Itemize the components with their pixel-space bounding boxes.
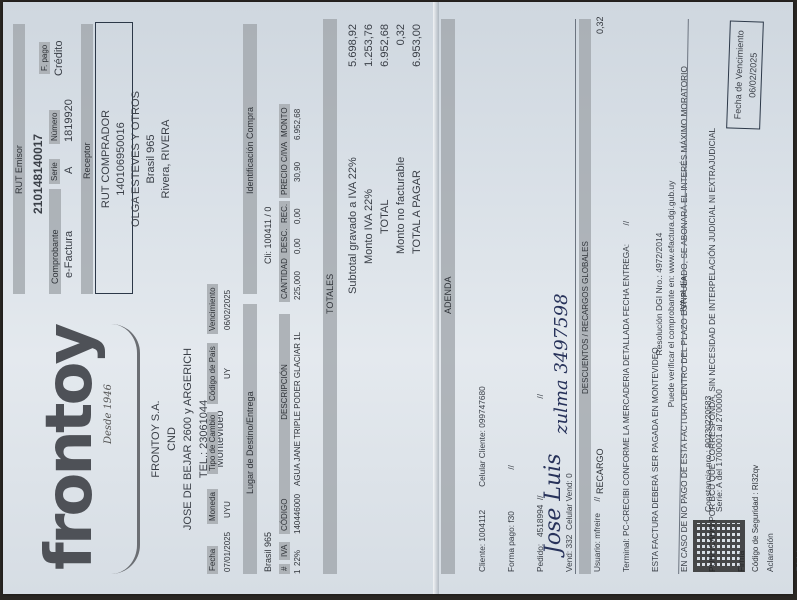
rut-emisor-label: RUT Emisor [14, 145, 24, 194]
global-discounts-title: DESCUENTOS / RECARGOS GLOBALES [581, 241, 590, 394]
info-table: Fecha Moneda Tipo de Cambio Código de Pa… [207, 284, 237, 574]
serie-value: A [63, 167, 75, 174]
totals-row-a-pagar: TOTAL A PAGAR6.953,00 [409, 24, 425, 294]
footer-security-code: Código de Seguridad : RI32qv [751, 465, 760, 572]
serie-label: Serie [49, 159, 60, 184]
adenda-line: Forma pago: f30 // [507, 12, 517, 572]
info-header-tipo-cambio: Tipo de Cambio [207, 412, 218, 474]
fpago-label: F. pago [39, 42, 50, 74]
item-rec: 0,00 [293, 208, 302, 224]
items-header-cantidad: CANTIDAD [279, 255, 290, 302]
adenda-line: Cliente: 1004112 Celular Cliente: 099747… [478, 12, 488, 572]
frontoy-logo: frontoy [33, 326, 107, 570]
adenda-title: ADENDA [443, 276, 453, 314]
numero-label: Número [49, 110, 60, 144]
receptor-title: Receptor [82, 142, 92, 179]
paper-fold [433, 2, 439, 594]
logo-swoosh-icon [111, 324, 140, 574]
handwritten-signature: Jose Luis [541, 454, 566, 554]
footer-verify-link[interactable]: Puede verificar el comprobante en: www.e… [665, 144, 677, 444]
totals-row-subtotal: Subtotal gravado a IVA 22%5.698,92 [345, 24, 361, 294]
fpago-value: Crédito [53, 41, 65, 76]
item-desc: 0,00 [293, 238, 302, 254]
item-descripcion: AGUA JANE TRIPLE PODER GLACIAR 1L [293, 332, 302, 486]
info-moneda: UYU [223, 501, 232, 518]
items-header-desc: DESC. [279, 226, 290, 256]
receptor-name: OLGA ESTEVES Y OTROS [129, 24, 144, 294]
receptor-rut-label: RUT COMPRADOR [99, 24, 114, 294]
item-iva: 22% [293, 550, 302, 566]
comprobante-label: Comprobante [50, 229, 60, 284]
handwritten-name: zulma 3497598 [551, 293, 572, 434]
global-discounts-type: RECARGO [595, 448, 605, 494]
footer-constancia-block: Constancia nro.: 90230220583 Serie: A de… [703, 389, 725, 572]
adenda-line: Terminal: PC-CRECIBI CONFORME LA MERCADE… [622, 12, 632, 572]
totals-row-iva: Monto IVA 22%1.253,76 [361, 24, 377, 294]
items-header-precio: PRECIO C/IVA [279, 139, 290, 198]
item-precio: 30,90 [293, 162, 302, 182]
info-fecha: 07/01/2025 [223, 532, 232, 572]
receptor-address: Brasil 965 [144, 24, 159, 294]
info-vencimiento: 06/02/2025 [223, 290, 232, 330]
item-codigo: 140446000 [293, 494, 302, 534]
delivery-value: Brasil 965 [263, 532, 273, 572]
footer-constancia: Constancia nro.: 90230220583 [703, 389, 714, 512]
signature-line [575, 19, 576, 574]
rut-emisor-value: 210148140017 [31, 134, 45, 214]
receptor-block: RUT COMPRADOR 140106950016 OLGA ESTEVES … [99, 24, 174, 294]
receptor-city: Rivera, RIVERA [159, 24, 174, 294]
info-header-vencimiento: Vencimiento [207, 284, 218, 334]
issuer-branch: CND [164, 324, 180, 554]
due-date-box: Fecha de Vencimiento 06/02/2025 [726, 20, 764, 129]
footer-iva: IVA al día [677, 144, 689, 444]
items-header-monto: MONTO [279, 104, 290, 140]
items-header-descripcion: DESCRIPCIÓN [279, 314, 290, 470]
comprobante-value: e-Factura [63, 231, 75, 278]
items-header-num: # [279, 564, 290, 574]
receptor-rut: 140106950016 [114, 24, 129, 294]
item-num: 1 [293, 570, 302, 574]
info-header-fecha: Fecha [207, 546, 218, 574]
issuer-name: FRONTOY S.A. [148, 324, 164, 554]
invoice-paper: frontoy Desde 1946 FRONTOY S.A. CND JOSE… [3, 2, 793, 594]
totals-block: Subtotal gravado a IVA 22%5.698,92 Monto… [345, 24, 425, 294]
issuer-address: JOSE DE BEJAR 2600 y ARGERICH [180, 324, 196, 554]
items-header-rec: REC. [279, 201, 290, 226]
global-discounts-value: 0,32 [595, 16, 605, 34]
footer-verify-block: Resolución DGI Nro.: 4972/2014 Puede ver… [653, 144, 689, 444]
numero-value: 1819920 [63, 99, 75, 142]
purchase-id-value: Cli: 100411 / 0 [263, 207, 273, 264]
info-header-codigo-pais: Código de País [207, 343, 218, 404]
aclaracion-label: Aclaración [766, 12, 776, 572]
info-header-moneda: Moneda [207, 489, 218, 524]
footer-serie-range: Serie: A del 1700001 al 2700000 [714, 389, 725, 512]
totals-row-total: TOTAL6.952,68 [377, 24, 393, 294]
totals-row-no-facturable: Monto no facturable0,32 [393, 24, 409, 294]
totals-title: TOTALES [325, 274, 335, 314]
info-codigo-pais: UY [223, 368, 232, 379]
items-header-codigo: CÓDIGO [279, 470, 290, 534]
item-cantidad: 225,000 [293, 271, 302, 300]
items-row: 1 22% 140446000 AGUA JANE TRIPLE PODER G… [293, 19, 307, 574]
footer-resolution: Resolución DGI Nro.: 4972/2014 [653, 144, 665, 444]
delivery-title: Lugar de Destino/Entrega [245, 391, 255, 494]
items-header-iva: IVA [279, 542, 290, 560]
items-table: # IVA CÓDIGO DESCRIPCIÓN CANTIDAD DESC. … [279, 19, 309, 574]
purchase-id-title: Identificación Compra [245, 107, 255, 194]
item-monto: 6.952,68 [293, 109, 302, 140]
